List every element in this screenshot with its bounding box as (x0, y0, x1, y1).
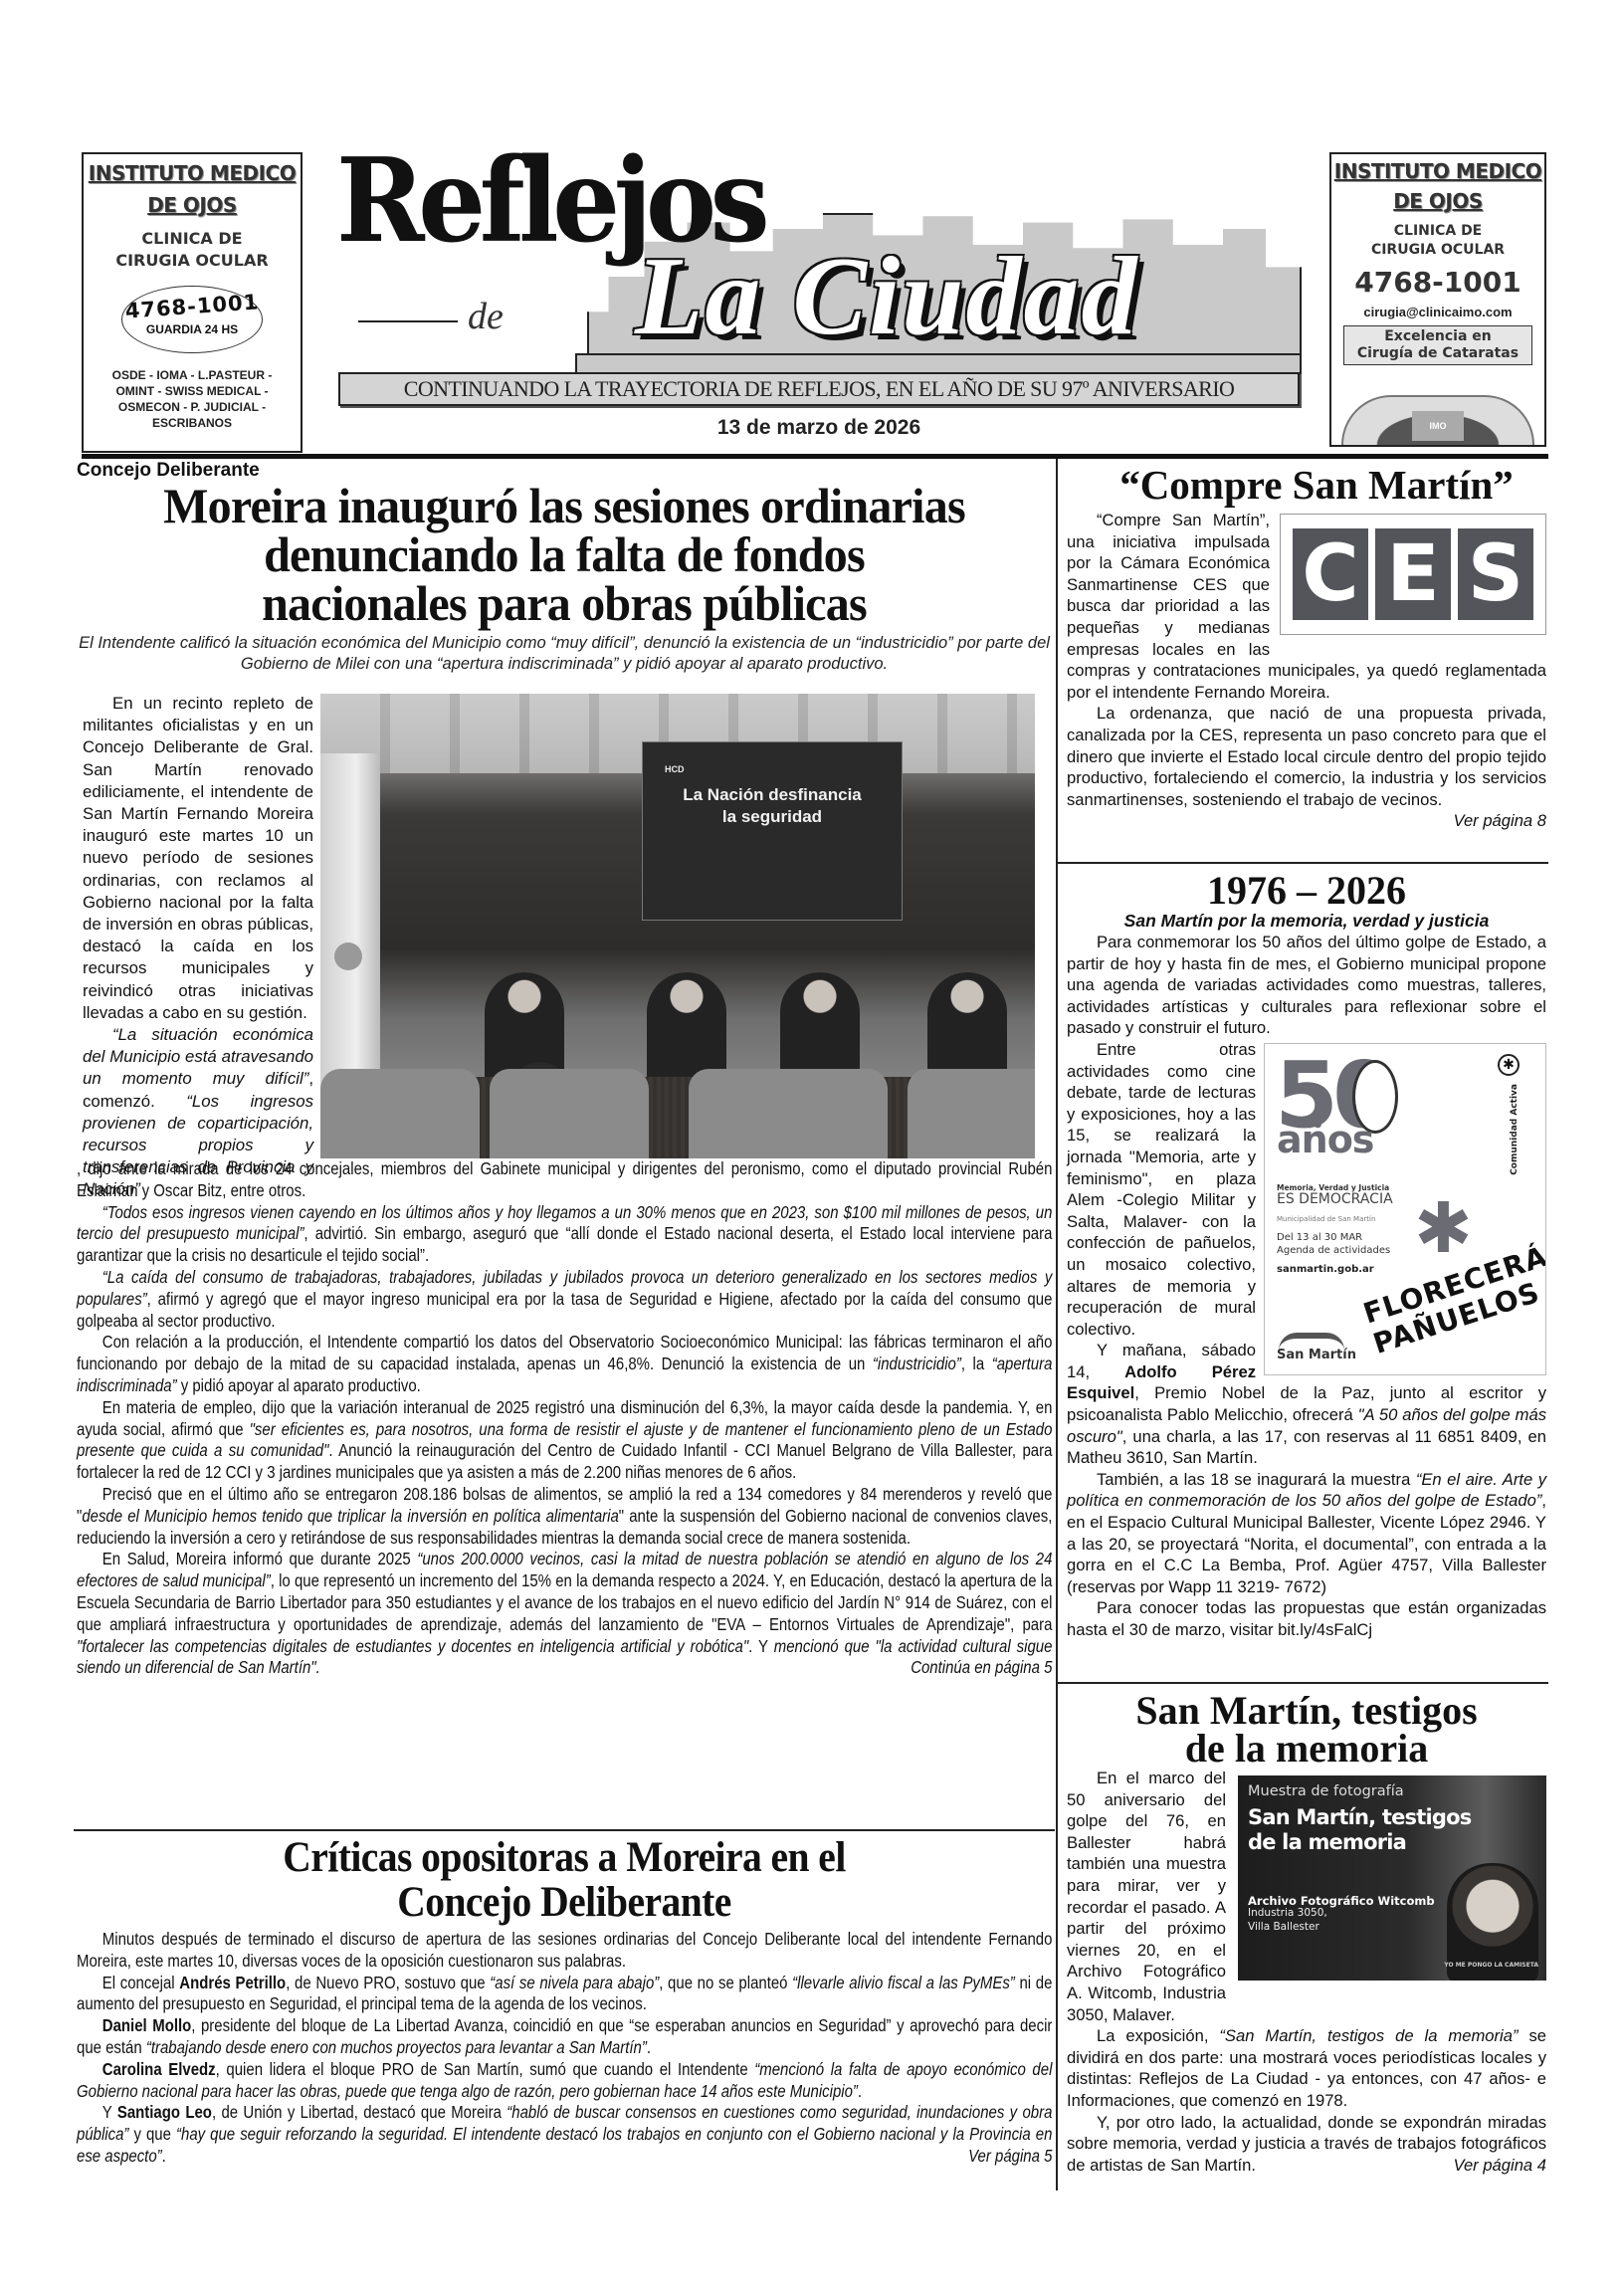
text: La exposición, (1097, 2026, 1219, 2045)
ad-guardia: GUARDIA 24 HS (122, 322, 262, 336)
compre-san-martin-article: “Compre San Martín” C E S “Compre San Ma… (1067, 460, 1546, 832)
screen-line: La Nación desfinancia (643, 784, 902, 806)
quote: “llevarle alivio fiscal a las PyMEs” (792, 1973, 1015, 1992)
ad-instituto-medico-left[interactable]: INSTITUTO MEDICO DE OJOS CLINICA DE CIRU… (82, 152, 303, 453)
text: Minutos después de terminado el discurso… (77, 1929, 1052, 1971)
dates-line: Agenda de actividades (1277, 1244, 1390, 1257)
text: . (858, 2081, 862, 2101)
poster-tag: Muestra de fotografía (1248, 1781, 1404, 1803)
paragraph: Minutos después de terminado el discurso… (77, 1929, 1052, 1973)
insurers-line: OSDE - IOMA - L.PASTEUR - (84, 367, 301, 383)
ad-sub-line2: CIRUGIA OCULAR (1331, 241, 1544, 260)
headline-line: Concejo Deliberante (115, 1880, 1013, 1925)
quote: “industricidio” (873, 1354, 961, 1373)
issue-date: 13 de marzo de 2026 (338, 416, 1300, 440)
quote: “trabajando desde enero con muchos proye… (146, 2037, 647, 2057)
ad-instituto-medico-right[interactable]: INSTITUTO MEDICO DE OJOS CLINICA DE CIRU… (1329, 152, 1546, 447)
paragraph: Precisó que en el último año se entregar… (77, 1484, 1052, 1549)
addr-line: Industria 3050, (1248, 1906, 1327, 1920)
second-article-body: Minutos después de terminado el discurso… (77, 1929, 1052, 2168)
hcd-logo: HCD (665, 764, 685, 774)
poster-url: sanmartin.gob.ar (1277, 1259, 1374, 1281)
ces-letter: S (1458, 528, 1533, 620)
text: Y (102, 2102, 117, 2122)
text: El concejal (102, 1973, 180, 1992)
article-photo[interactable]: HCD La Nación desfinancia la seguridad (320, 694, 1035, 1158)
quote: desde el Municipio hemos tenido que trip… (82, 1506, 618, 1526)
quote: “hay que seguir reforzando la seguridad.… (77, 2124, 1052, 2166)
poster-comunidad: Comunidad Activa (1511, 1084, 1520, 1175)
paragraph: Con relación a la producción, el Intende… (77, 1332, 1052, 1396)
paragraph: Y Santiago Leo, de Unión y Libertad, des… (77, 2102, 1052, 2167)
text: . (647, 2037, 651, 2057)
paragraph: Carolina Elvedz, quien lidera el bloque … (77, 2059, 1052, 2103)
logo-de: de (468, 295, 504, 338)
headline-line: denunciando la falta de fondos (97, 530, 1033, 579)
text: y que (128, 2124, 176, 2144)
bold-name: Santiago Leo (117, 2102, 212, 2122)
text: , una charla, a las 17, con reservas al … (1067, 1427, 1546, 1468)
text: , de Unión y Libertad, destacó que Morei… (212, 2102, 507, 2122)
headline-line: Críticas opositoras a Moreira en el (115, 1835, 1013, 1880)
memoria-article: 1976 – 2026 San Martín por la memoria, v… (1067, 871, 1546, 1641)
ad-sub-line1: CLINICA DE (84, 228, 301, 250)
text: . (162, 2146, 166, 2166)
bold-name: Carolina Elvedz (102, 2059, 216, 2079)
paragraph: En un recinto repleto de militantes ofic… (83, 693, 313, 1024)
audience-seat (320, 1069, 480, 1158)
paragraph: , dijo ante la mirada de los 24 concejal… (77, 1158, 1052, 1202)
quote: “La situación económica del Municipio es… (83, 1025, 313, 1088)
ces-logo: C E S (1280, 514, 1546, 635)
paragraph: En materia de empleo, dijo que la variac… (77, 1397, 1052, 1484)
text: La ordenanza, que nació de una propuesta… (1067, 704, 1546, 808)
insurers-line: OSMECON - P. JUDICIAL - (84, 399, 301, 415)
main-headline[interactable]: Moreira inauguró las sesiones ordinarias… (97, 482, 1033, 628)
text: , quien lidera el bloque PRO de San Mart… (216, 2059, 755, 2079)
paragraph: Daniel Mollo, presidente del bloque de L… (77, 2015, 1052, 2059)
memoria-headline[interactable]: 1976 – 2026 (1067, 871, 1546, 911)
ces-letter: E (1375, 528, 1451, 620)
headline-line: San Martín, testigos (1067, 1692, 1546, 1730)
poster-shirt-text: YO ME PONGO LA CAMISETA (1444, 1955, 1538, 1977)
text: y pidió apoyar al aparato productivo. (177, 1375, 421, 1395)
article-divider (74, 1829, 1055, 1831)
continue-link[interactable]: Continúa en página 5 (885, 1657, 1052, 1679)
ad-sub-line2: CIRUGIA OCULAR (84, 250, 301, 272)
testigos-article: San Martín, testigos de la memoria Muest… (1067, 1692, 1546, 2176)
excellence-line: Excelencia en (1344, 328, 1531, 345)
paragraph: “Todos esos ingresos vienen cayendo en l… (77, 1202, 1052, 1267)
testigos-headline[interactable]: San Martín, testigos de la memoria (1067, 1692, 1546, 1768)
logo-la-ciudad: La Ciudad (635, 241, 1139, 352)
paragraph: Y, por otro lado, la actualidad, donde s… (1067, 2112, 1546, 2177)
ces-letter: C (1293, 528, 1368, 620)
person-figure (647, 972, 726, 1082)
article-divider (1057, 1682, 1548, 1684)
headline-line: Moreira inauguró las sesiones ordinarias (97, 482, 1033, 530)
ad-insurers: OSDE - IOMA - L.PASTEUR - OMINT - SWISS … (84, 367, 301, 431)
imo-logo-text: IMO (1412, 411, 1464, 441)
poster-title-line: de la memoria (1248, 1830, 1471, 1855)
asterisk-icon: ✱ (1498, 1054, 1520, 1076)
dates-line: Del 13 al 30 MAR (1277, 1231, 1390, 1244)
paragraph: En Salud, Moreira informó que durante 20… (77, 1549, 1052, 1679)
article-deck: El Intendente calificó la situación econ… (77, 633, 1052, 675)
poster-title: San Martín, testigos de la memoria (1248, 1805, 1471, 1855)
text: , dijo ante la mirada de los 24 concejal… (77, 1158, 1052, 1200)
text: , que no se planteó (659, 1973, 792, 1992)
ad-email: cirugia@clinicaimo.com (1331, 305, 1544, 319)
poster-anos: años (1277, 1130, 1373, 1151)
ad-excellence-box: Excelencia en Cirugía de Cataratas (1343, 325, 1532, 365)
ad-sub-line1: CLINICA DE (1331, 222, 1544, 241)
column-divider (1056, 459, 1058, 2191)
article-lead: En un recinto repleto de militantes ofic… (83, 693, 313, 1201)
poster-muni: Municipalidad de San Martín (1277, 1209, 1375, 1231)
audience-seat (689, 1069, 888, 1158)
main-article-header: Concejo Deliberante Moreira inauguró las… (77, 460, 1052, 675)
text: En Salud, Moreira informó que durante 20… (102, 1549, 418, 1568)
text: , afirmó y agregó que el mayor ingreso m… (77, 1289, 1052, 1331)
insurers-line: OMINT - SWISS MEDICAL - (84, 383, 301, 399)
memoria-subhead: San Martín por la memoria, verdad y just… (1067, 911, 1546, 932)
continue-link[interactable]: Ver página 8 (1424, 810, 1547, 832)
poster-dates: Del 13 al 30 MAR Agenda de actividades (1277, 1231, 1390, 1257)
poster-es-democracia: ES DEMOCRACIA (1277, 1189, 1393, 1211)
bold-name: Daniel Mollo (102, 2015, 191, 2035)
bold-name: Andrés Petrillo (179, 1973, 286, 1992)
person-figure (780, 972, 860, 1082)
poster-sm-logo: San Martín (1277, 1345, 1356, 1366)
headline-line: de la memoria (1067, 1730, 1546, 1768)
screen-headline: La Nación desfinancia la seguridad (643, 784, 902, 828)
quote: "fortalecer las competencias digitales d… (77, 1636, 748, 1656)
text: , de Nuevo PRO, sostuvo que (286, 1973, 490, 1992)
paragraph: Para conocer todas las propuestas que es… (1067, 1597, 1546, 1640)
paragraph: “La caída del consumo de trabajadoras, t… (77, 1267, 1052, 1332)
compre-headline[interactable]: “Compre San Martín” (1087, 460, 1546, 510)
audience-seat (490, 1069, 649, 1158)
second-headline[interactable]: Críticas opositoras a Moreira en el Conc… (115, 1835, 1013, 1925)
main-article-body: , dijo ante la mirada de los 24 concejal… (77, 1158, 1052, 1679)
headline-line: nacionales para obras públicas (97, 579, 1033, 628)
screen-line: la seguridad (643, 806, 902, 828)
flower-icon: ✱ (1414, 1193, 1473, 1263)
ad-title-line2: DE OJOS (1331, 188, 1544, 214)
imo-logo-icon: IMO (1341, 395, 1534, 445)
ad-title-line1: INSTITUTO MEDICO (1331, 158, 1544, 184)
continue-link[interactable]: Ver página 4 (1424, 2155, 1547, 2177)
excellence-line: Cirugía de Cataratas (1344, 345, 1531, 362)
text: . Y (748, 1636, 774, 1656)
continue-link[interactable]: Ver página 5 (942, 2146, 1052, 2168)
masthead-tagline: CONTINUANDO LA TRAYECTORIA DE REFLEJOS, … (338, 372, 1300, 406)
paragraph: La ordenanza, que nació de una propuesta… (1067, 703, 1546, 810)
ad-title-line2: DE OJOS (84, 192, 301, 218)
ad-title-line1: INSTITUTO MEDICO (84, 160, 301, 186)
paragraph: El concejal Andrés Petrillo, de Nuevo PR… (77, 1973, 1052, 2016)
ad-phone: 4768-1001 (121, 290, 262, 323)
paragraph: Para conmemorar los 50 años del último g… (1067, 932, 1546, 1039)
logo-rule (358, 320, 458, 322)
ad-phone-oval: 4768-1001 GUARDIA 24 HS (121, 286, 263, 353)
poster-address: Industria 3050, Villa Ballester (1248, 1906, 1327, 1934)
paragraph: También, a las 18 se inagurará la muestr… (1067, 1469, 1546, 1598)
poster-title-line: San Martín, testigos (1248, 1805, 1471, 1830)
poster-50-anos[interactable]: 50 años Memoria, Verdad y Justicia ES DE… (1264, 1043, 1546, 1375)
photo-screen: HCD La Nación desfinancia la seguridad (642, 741, 903, 921)
article-divider (1057, 862, 1548, 864)
addr-line: Villa Ballester (1248, 1920, 1327, 1934)
paragraph: La exposición, “San Martín, testigos de … (1067, 2025, 1546, 2111)
quote: “San Martín, testigos de la memoria” (1219, 2026, 1518, 2045)
audience-seat (908, 1069, 1035, 1158)
insurers-line: ESCRIBANOS (84, 415, 301, 431)
person-figure (927, 972, 1007, 1082)
second-article: Críticas opositoras a Moreira en el Conc… (77, 1835, 1052, 2168)
quote: “así se nivela para abajo” (490, 1973, 659, 1992)
newspaper-logo[interactable]: Reflejos de La Ciudad (336, 149, 1307, 378)
text: También, a las 18 se inagurará la muestr… (1097, 1470, 1416, 1489)
text: , la (961, 1354, 992, 1373)
poster-testigos[interactable]: Muestra de fotografía San Martín, testig… (1238, 1775, 1546, 1981)
ad-phone: 4768-1001 (1331, 266, 1544, 299)
masthead-rule (82, 454, 1548, 459)
